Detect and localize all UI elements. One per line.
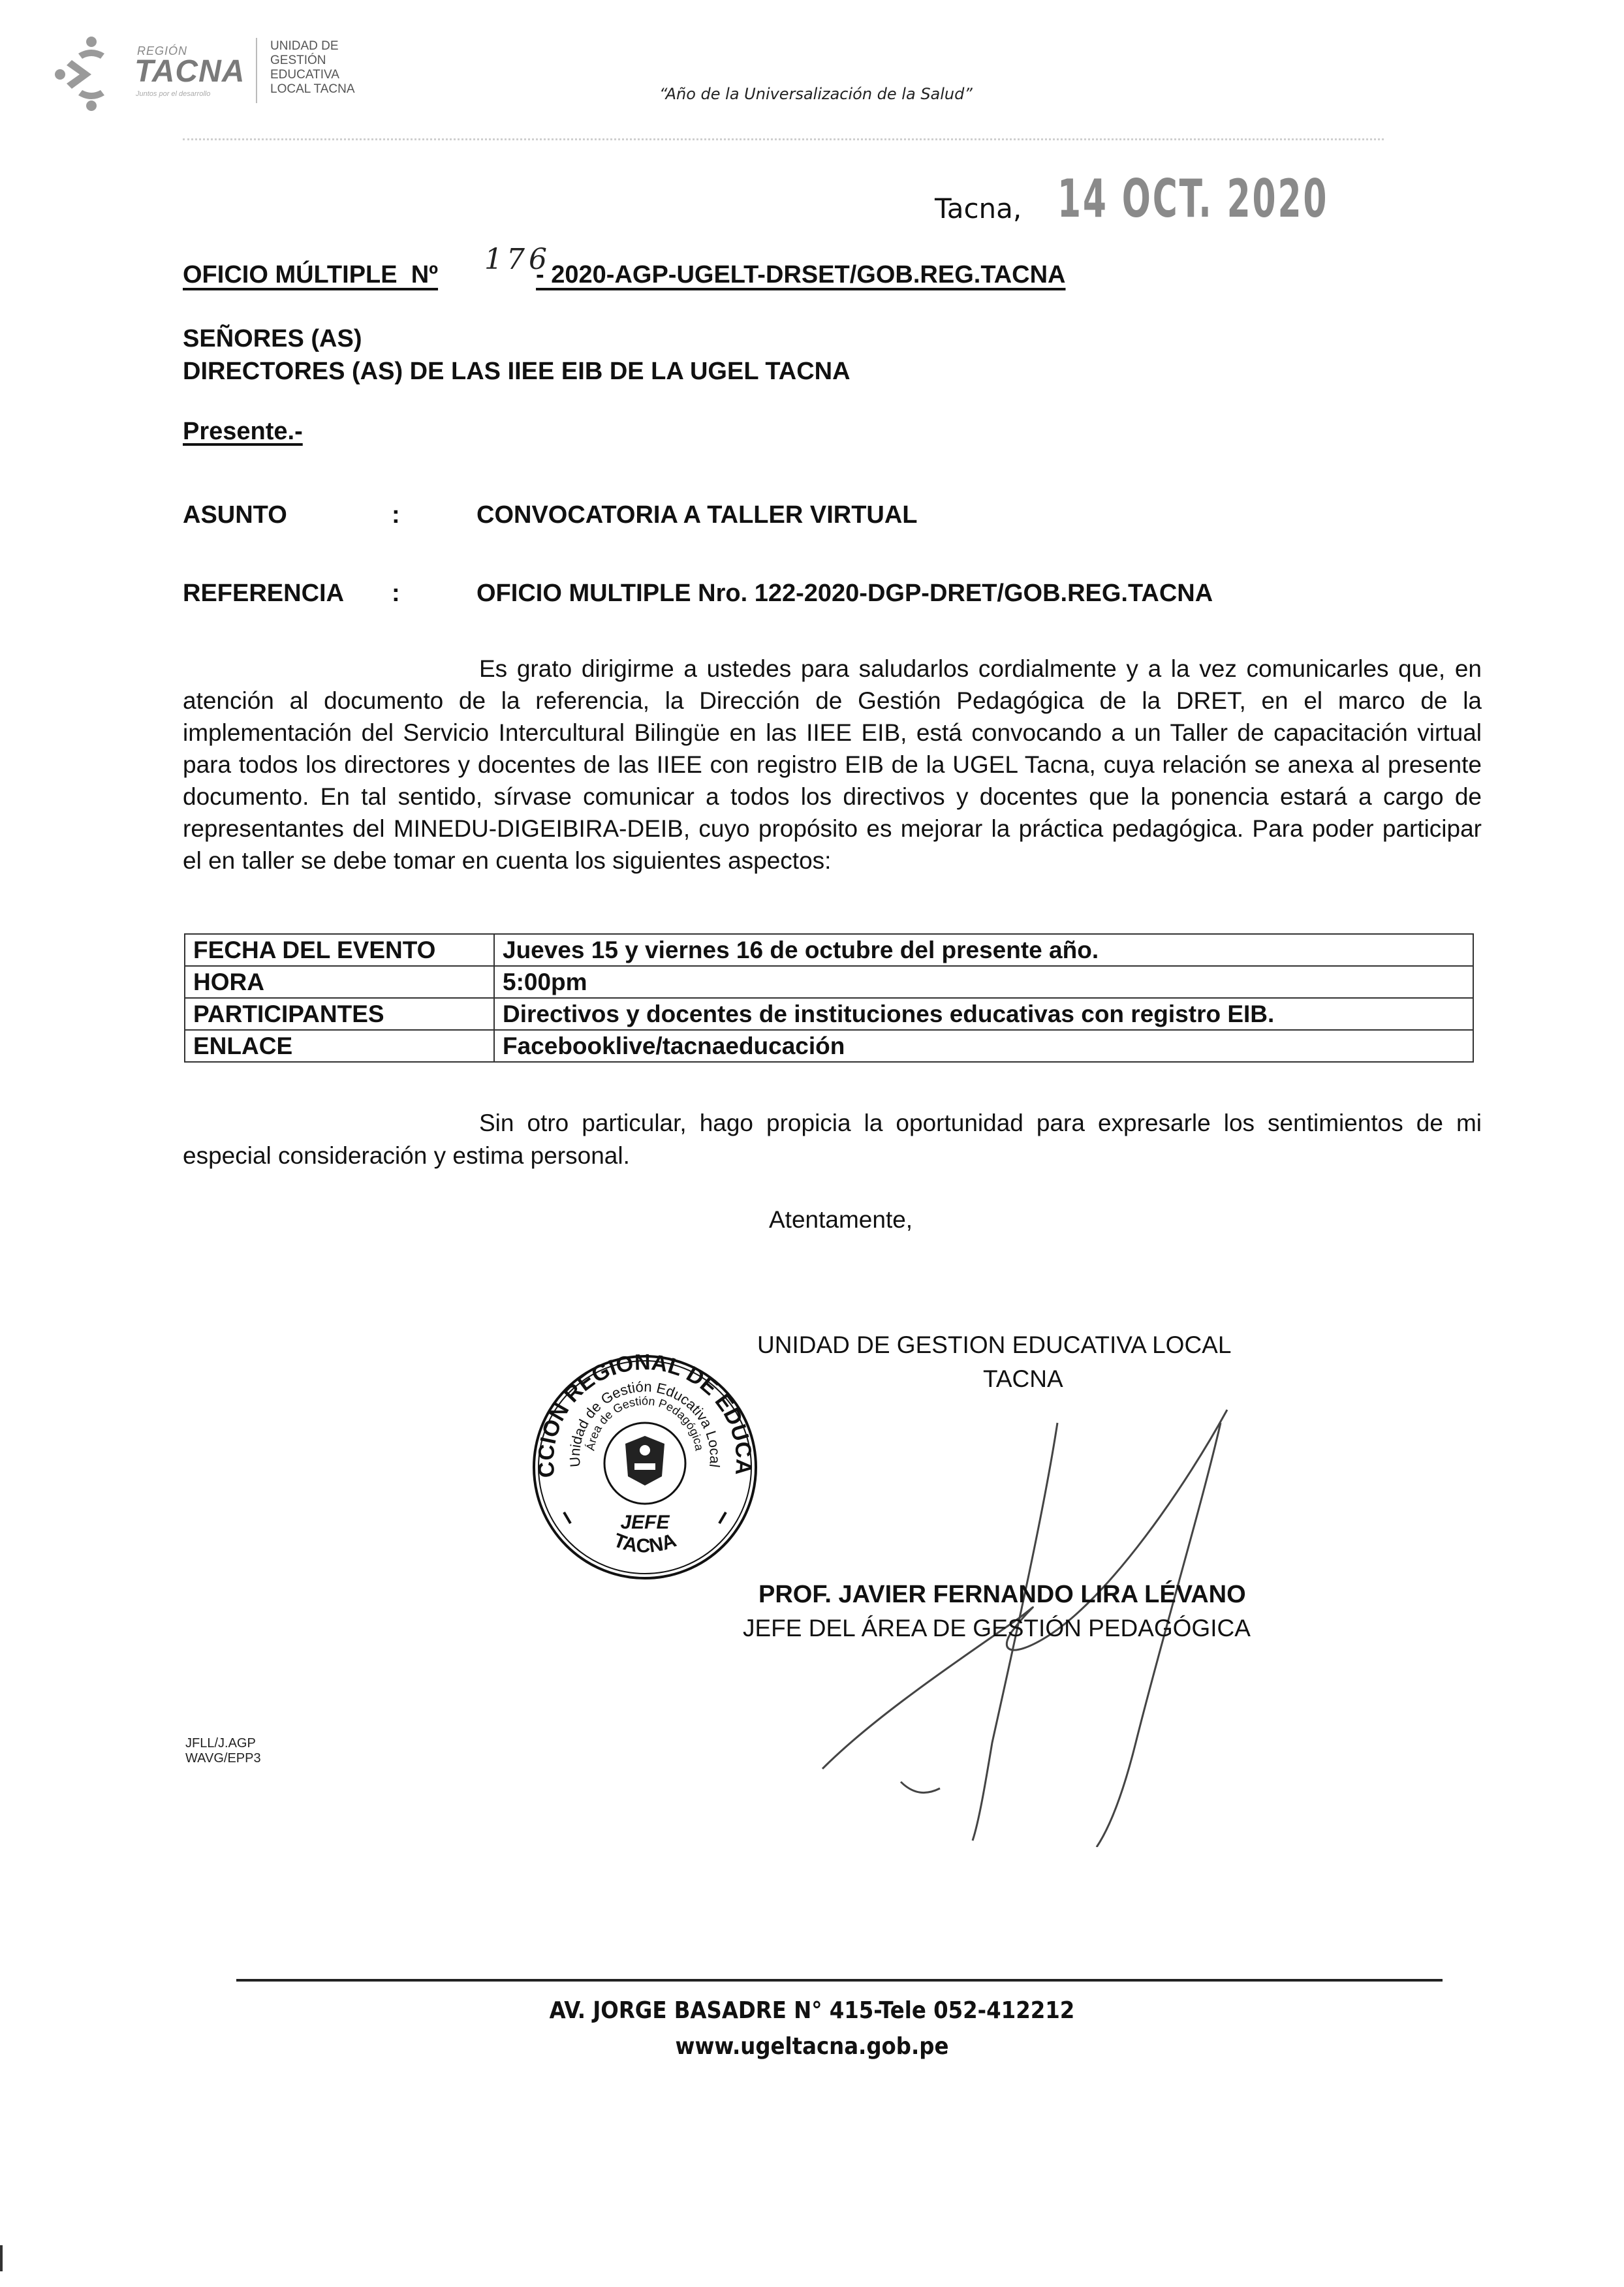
ugel-line: UNIDAD DE <box>270 39 355 54</box>
table-row: ENLACE Facebooklive/tacnaeducación <box>185 1030 1473 1062</box>
event-key: PARTICIPANTES <box>185 998 494 1030</box>
coat-of-arms-icon <box>625 1436 664 1486</box>
signer-name: PROF. JAVIER FERNANDO LIRA LÉVANO <box>758 1581 1246 1609</box>
footer-website: www.ugeltacna.gob.pe <box>0 2033 1624 2060</box>
oficio-title: OFICIO MÚLTIPLE Nº- 2020-AGP-UGELT-DRSET… <box>183 261 1065 289</box>
atentamente: Atentamente, <box>769 1206 913 1234</box>
ugel-line: LOCAL TACNA <box>270 82 355 97</box>
logo-tagline: Juntos por el desarrollo <box>136 90 210 98</box>
initials-line: JFLL/J.AGP <box>185 1736 261 1751</box>
referencia-label: REFERENCIA <box>183 580 344 608</box>
table-row: FECHA DEL EVENTO Jueves 15 y viernes 16 … <box>185 934 1473 966</box>
table-row: PARTICIPANTES Directivos y docentes de i… <box>185 998 1473 1030</box>
seal-bottom-label: TACNA <box>611 1529 679 1557</box>
signature-org-line-2: TACNA <box>983 1365 1063 1393</box>
body-paragraph: Es grato dirigirme a ustedes para saluda… <box>183 653 1482 877</box>
presente-label: Presente.- <box>183 418 303 446</box>
seal-center-label: JEFE <box>620 1512 670 1533</box>
reference-initials: JFLL/J.AGP WAVG/EPP3 <box>185 1736 261 1766</box>
logo-tacna-text: TACNA <box>134 54 245 89</box>
asunto-label: ASUNTO <box>183 501 287 529</box>
footer-divider <box>236 1979 1443 1982</box>
addressee-line-1: SEÑORES (AS) <box>183 325 362 353</box>
footer-address: AV. JORGE BASADRE N° 415-Tele 052-412212 <box>0 1997 1624 2024</box>
event-key: HORA <box>185 966 494 998</box>
event-key: ENLACE <box>185 1030 494 1062</box>
event-value: 5:00pm <box>494 966 1473 998</box>
asunto-value: CONVOCATORIA A TALLER VIRTUAL <box>476 501 918 529</box>
date-stamp: 14 OCT. 2020 <box>1057 168 1328 229</box>
year-motto: “Año de la Universalización de la Salud” <box>659 85 973 103</box>
initials-line: WAVG/EPP3 <box>185 1751 261 1766</box>
oficio-number-handwritten: 176 <box>484 243 551 276</box>
oficio-prefix: OFICIO MÚLTIPLE Nº <box>183 261 438 288</box>
ugel-name-block: UNIDAD DE GESTIÓN EDUCATIVA LOCAL TACNA <box>270 39 355 97</box>
ugel-line: GESTIÓN <box>270 54 355 68</box>
ugel-line: EDUCATIVA <box>270 68 355 82</box>
closing-paragraph: Sin otro particular, hago propicia la op… <box>183 1107 1482 1172</box>
scan-edge-mark <box>0 2245 3 2271</box>
referencia-value: OFICIO MULTIPLE Nro. 122-2020-DGP-DRET/G… <box>476 580 1213 608</box>
table-row: HORA 5:00pm <box>185 966 1473 998</box>
signature-org-line-1: UNIDAD DE GESTION EDUCATIVA LOCAL <box>757 1331 1231 1359</box>
referencia-colon: : <box>392 580 400 608</box>
addressee-line-2: DIRECTORES (AS) DE LAS IIEE EIB DE LA UG… <box>183 358 851 386</box>
oficio-suffix: - 2020-AGP-UGELT-DRSET/GOB.REG.TACNA <box>536 261 1065 288</box>
event-value: Facebooklive/tacnaeducación <box>494 1030 1473 1062</box>
event-key: FECHA DEL EVENTO <box>185 934 494 966</box>
date-city: Tacna, <box>935 193 1022 225</box>
event-value: Directivos y docentes de instituciones e… <box>494 998 1473 1030</box>
signer-role: JEFE DEL ÁREA DE GESTIÓN PEDAGÓGICA <box>743 1615 1251 1642</box>
header-divider <box>183 138 1384 140</box>
logo-separator <box>256 38 257 103</box>
event-value: Jueves 15 y viernes 16 de octubre del pr… <box>494 934 1473 966</box>
event-details-table: FECHA DEL EVENTO Jueves 15 y viernes 16 … <box>184 933 1474 1063</box>
asunto-colon: : <box>392 501 400 529</box>
